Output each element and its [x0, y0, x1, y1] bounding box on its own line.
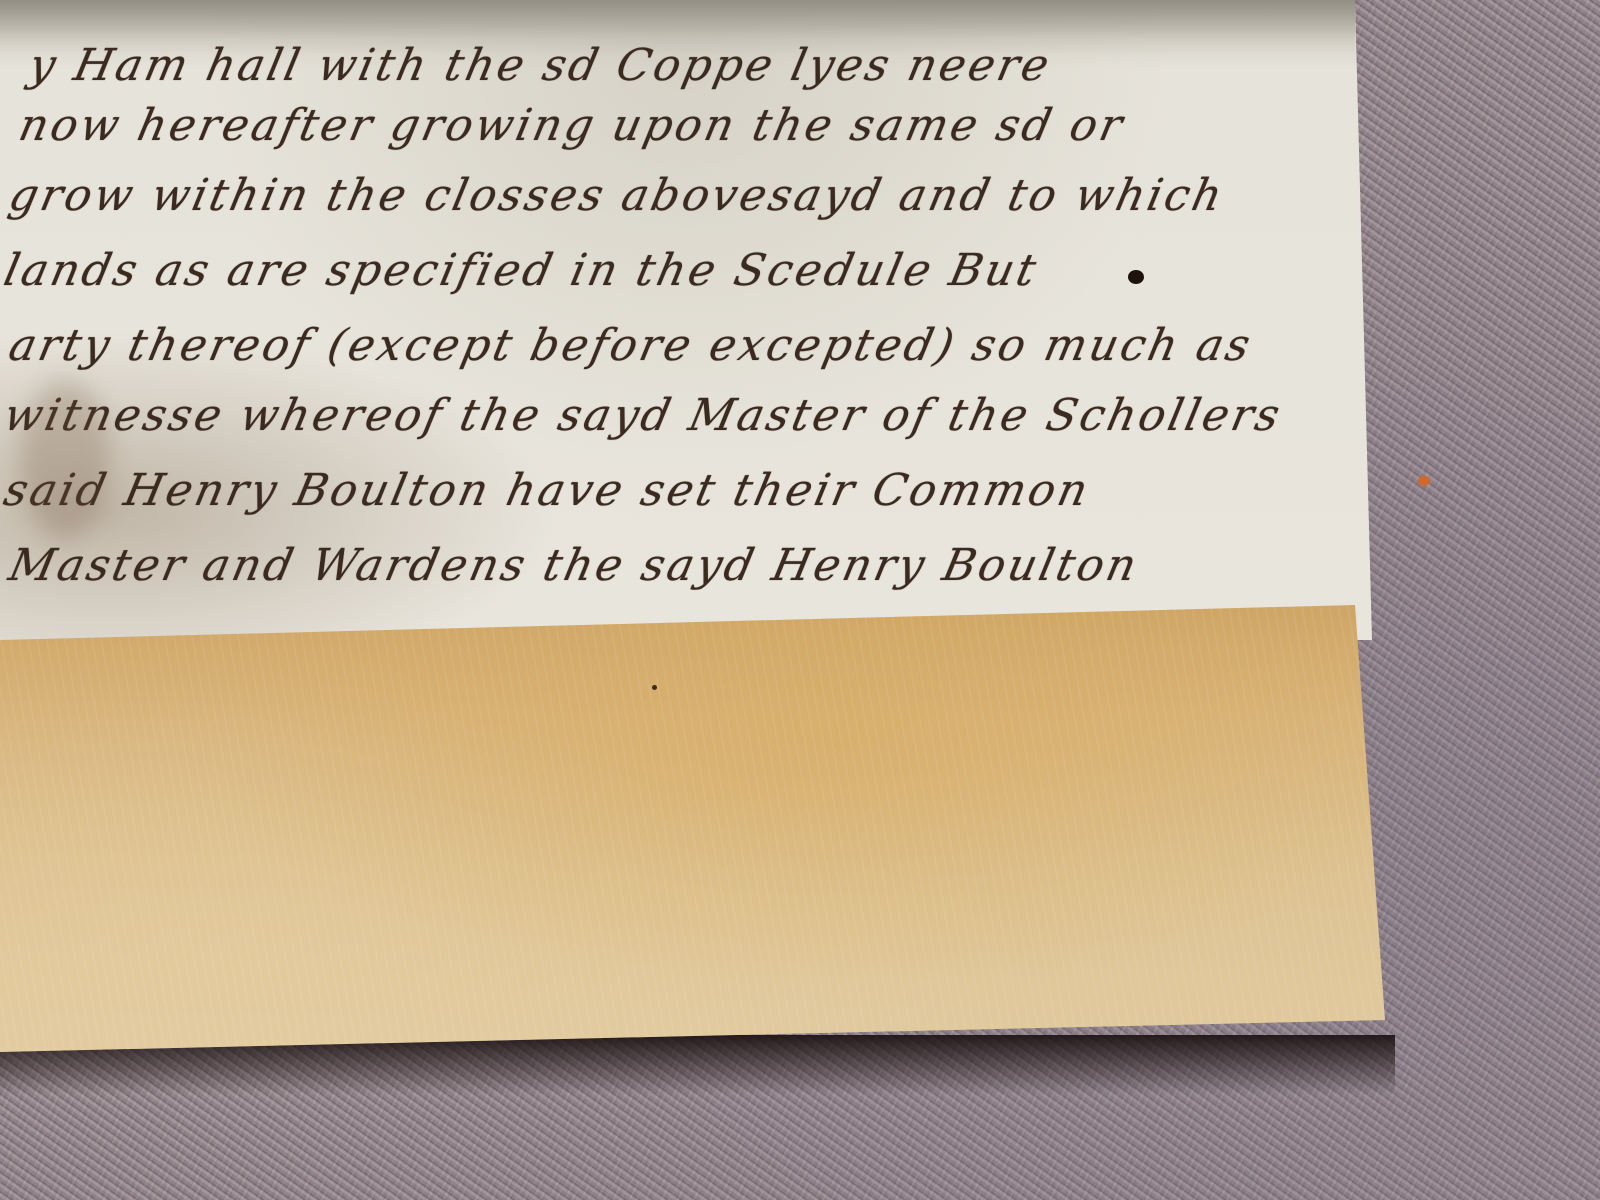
text-line-1: y Ham hall with the sd Coppe lyes neere [25, 40, 1057, 91]
folded-flap [0, 605, 1385, 1055]
text-line-6: witnesse whereof the sayd Master of the … [0, 390, 1287, 441]
felt-lint-orange [1418, 476, 1430, 486]
flap-texture [0, 605, 1385, 1055]
handwritten-text-block: y Ham hall with the sd Coppe lyes neere … [0, 0, 1372, 640]
text-line-5: arty thereof (except before excepted) so… [5, 320, 1258, 371]
flap-speck [652, 685, 657, 690]
parchment-sheet: y Ham hall with the sd Coppe lyes neere … [0, 0, 1372, 640]
text-line-3: grow within the closses abovesayd and to… [5, 170, 1230, 221]
ink-blot [1128, 270, 1144, 284]
text-line-2: now hereafter growing upon the same sd o… [15, 100, 1130, 151]
text-line-4: lands as are specified in the Scedule Bu… [0, 245, 1043, 296]
stain [20, 380, 110, 540]
text-line-8: Master and Wardens the sayd Henry Boulto… [5, 540, 1144, 591]
text-line-7: said Henry Boulton have set their Common [0, 465, 1095, 516]
